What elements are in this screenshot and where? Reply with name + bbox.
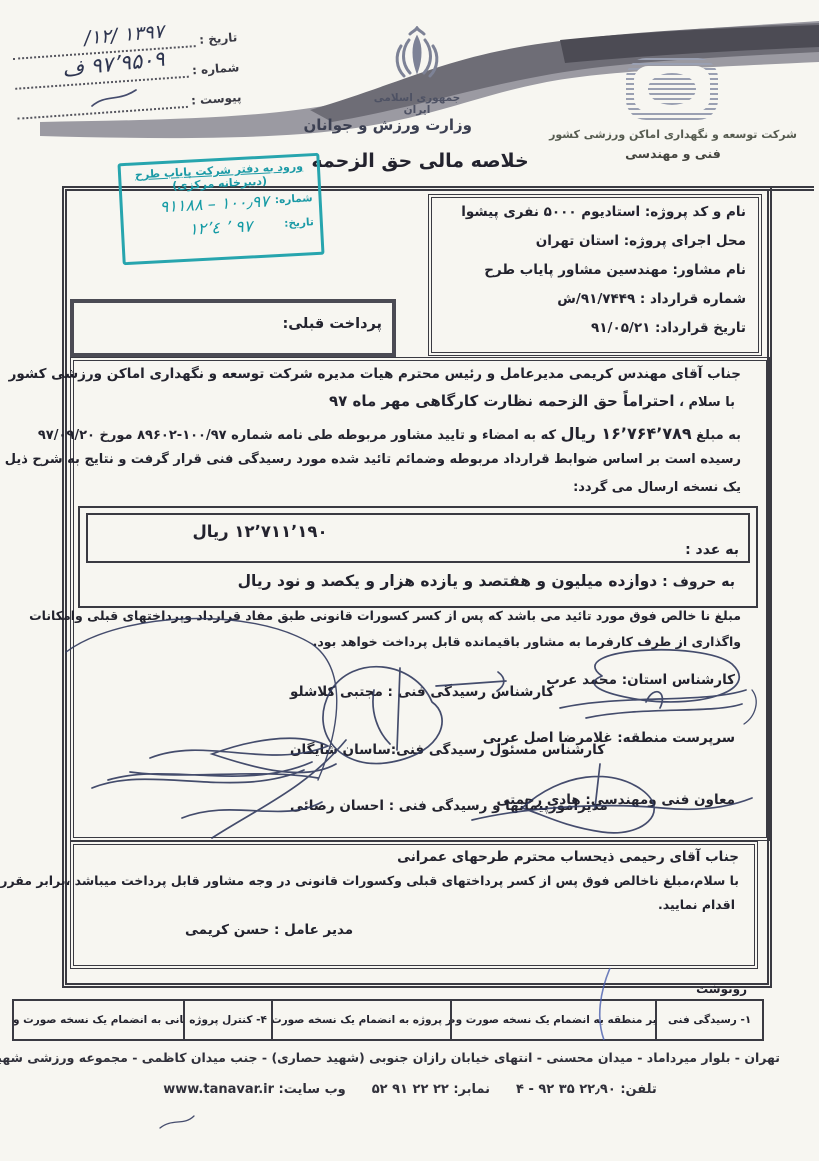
footer-fax: نمابر: ۲۲ ۲۲ ۹۱ ۵۲	[372, 1082, 490, 1097]
company-name: شرکت توسعه و نگهداری اماکن ورزشی کشور	[548, 128, 798, 141]
logo-core-ellipse	[648, 73, 696, 105]
copies-cell-5: ۵- بایگانی به انضمام یک نسخه صورت وضعیت	[14, 1001, 183, 1039]
confirmation-line1: مبلغ نا خالص فوق مورد تائید می باشد که پ…	[63, 608, 741, 623]
stamp-date-label: تاریخ:	[284, 216, 314, 230]
ministry-header: جمهوری اسلامی ایران وزارت ورزش و جوانان	[362, 26, 472, 134]
note-closing-line: اقدام نمایید.	[658, 897, 735, 912]
letter-salutation-line: با سلام ، احتراماً حق الزحمه نظارت کارگا…	[329, 392, 735, 410]
letter-paragraph-line2: رسیده است بر اساس ضوابط قرارداد مربوطه و…	[63, 452, 741, 467]
signatory-senior-review-expert: کارشناس مسئول رسیدگی فنی:ساسان شایگان	[290, 742, 605, 758]
document-title: خلاصه مالی حق الزحمه	[290, 150, 550, 172]
amount-numeric-label: به عدد :	[685, 542, 739, 558]
field-project-location: محل اجرای پروژه: استان تهران	[432, 227, 758, 256]
copies-label: رونوشت	[696, 982, 747, 996]
note-addressee: جناب آقای رحیمی ذیحساب محترم طرحهای عمرا…	[397, 849, 739, 865]
amount-words-label: به حروف :	[662, 574, 735, 590]
amount-words-value: دوازده میلیون و هفتصد و یازده هزار و یکص…	[238, 572, 658, 590]
letter-paragraph-line1: به مبلغ ۱۶٬۷۶۴٬۷۸۹ ریال که به امضاء و تا…	[63, 424, 741, 443]
company-logo-icon	[612, 58, 732, 122]
footer-contact-line: تلفن: ۲۲٫۹۰ ۳۵ ۹۲ - ۴ نمابر: ۲۲ ۲۲ ۹۱ ۵۲…	[40, 1082, 780, 1097]
project-info-box: نام و کد پروژه: استادیوم ۵۰۰۰ نفری پیشوا…	[428, 194, 762, 356]
copies-cell-1: ۱- رسیدگی فنی	[655, 1001, 762, 1039]
salutation-text: با سلام ،	[679, 395, 735, 410]
scanned-document-page: تاریخ : شماره : پیوست : ۱۳۹۷ /۱۲/ ۹۷٬۹۵۰…	[0, 0, 819, 1161]
registry-entry-stamp: ورود به دفتر شرکت پایاب طرح (دبیرخانه مر…	[117, 153, 324, 265]
date-label: تاریخ :	[199, 30, 238, 47]
stamp-number-label: شماره:	[275, 192, 313, 206]
signatory-province-expert: کارشناس استان: محمد عرب	[546, 672, 735, 688]
stamp-number-value: ۱۰۰٫۹۷ – ۹۱۱۸۸	[159, 191, 269, 216]
reference-letter-text: که به امضاء و تایید مشاور مربوطه طی نامه…	[38, 428, 556, 443]
letter-paragraph-line3: یک نسخه ارسال می گردد:	[63, 480, 741, 495]
footer-address: تهران - بلوار میرداماد - میدان محسنی - ا…	[40, 1050, 780, 1065]
managing-director-signature-line: مدیر عامل : حسن کریمی	[185, 922, 353, 938]
gross-amount-value: ۱۶٬۷۶۴٬۷۸۹ ریال	[561, 424, 692, 443]
amount-in-words-line: به حروف : دوازده میلیون و هفتصد و یازده …	[71, 572, 735, 590]
copies-cell-4: ۴- کنترل پروژه	[183, 1001, 271, 1039]
signatory-contracts-manager: مدیرامورپیمانها و رسیدگی فنی : احسان رضا…	[290, 798, 608, 814]
amount-intro-text: به مبلغ	[696, 428, 741, 443]
iran-emblem-icon	[386, 26, 448, 90]
previous-payment-box: پرداخت قبلی:	[70, 299, 396, 357]
note-body-line: با سلام،مبلغ ناخالص فوق پس از کسر پرداخت…	[71, 873, 739, 888]
footer-website-label: وب سایت:	[279, 1082, 346, 1097]
field-consultant-name: نام مشاور: مهندسین مشاور پایاب طرح	[432, 256, 758, 285]
company-department: فنی و مهندسی	[548, 146, 798, 161]
letter-addressee: جناب آقای مهندس کریمی مدیرعامل و رئیس مح…	[65, 366, 741, 382]
copies-distribution-table: ۱- رسیدگی فنی ۲- مدیر منطقه به انضمام یک…	[12, 999, 764, 1041]
field-project-name: نام و کد پروژه: استادیوم ۵۰۰۰ نفری پیشوا	[432, 198, 758, 227]
footer-phone: تلفن: ۲۲٫۹۰ ۳۵ ۹۲ - ۴	[516, 1082, 657, 1097]
previous-payment-label: پرداخت قبلی:	[282, 316, 382, 332]
copies-cell-3: ۳- مشاور پروژه به انضمام یک نسخه صورت وض…	[271, 1001, 451, 1039]
signatory-review-expert: کارشناس رسیدگی فنی : مجتبی کلاشلو	[290, 684, 554, 700]
gov-line2: وزارت ورزش و جوانان	[362, 116, 472, 134]
footer-website-wrap: وب سایت: www.tanavar.ir	[163, 1082, 345, 1097]
stamp-date-value: ۹۷ ٬ ۱۲٬٤	[189, 215, 279, 239]
gov-line1: جمهوری اسلامی ایران	[362, 92, 472, 116]
letter-subject: احتراماً حق الزحمه نظارت کارگاهی مهر ماه…	[329, 392, 675, 410]
amount-numeric-value: ۱۲٬۷۱۱٬۱۹۰ ریال	[130, 522, 390, 541]
copies-cell-2: ۲- مدیر منطقه به انضمام یک نسخه صورت وضع…	[450, 1001, 655, 1039]
field-contract-date: تاریخ قرارداد: ۹۱/۰۵/۲۱	[432, 314, 758, 343]
field-contract-number: شماره قرارداد : ۹۱/۷۴۴۹/ش	[432, 285, 758, 314]
confirmation-line2: واگذاری از طرف کارفرما به مشاور باقیماند…	[63, 634, 741, 649]
footer-website-url: www.tanavar.ir	[163, 1082, 274, 1097]
